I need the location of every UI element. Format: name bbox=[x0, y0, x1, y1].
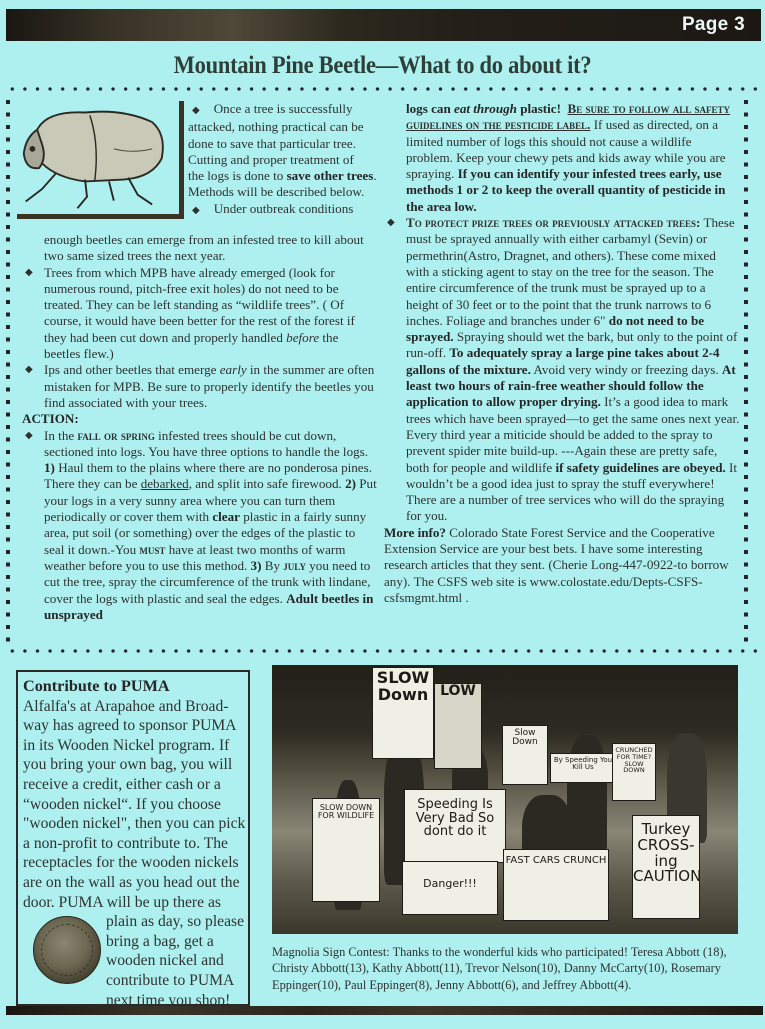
sign-contest-photo: SLOW Down LOW Slow Down By Speeding You … bbox=[272, 665, 738, 934]
bullet-action-options: ◆ In the fall or spring infested trees s… bbox=[22, 428, 378, 624]
intro-paragraph-1: ◆Once a tree is successfully attacked, n… bbox=[188, 101, 378, 201]
photo-caption: Magnolia Sign Contest: Thanks to the won… bbox=[272, 944, 742, 993]
bullet-ips-beetles: ◆ Ips and other beetles that emerge earl… bbox=[22, 362, 378, 411]
sign-slow-down-wildlife: SLOW DOWN FOR WILDLIFE bbox=[312, 798, 380, 902]
article-border-left bbox=[6, 100, 10, 645]
sign-slow-down-2: Slow Down bbox=[502, 725, 548, 785]
puma-box-title: Contribute to PUMA bbox=[23, 677, 248, 697]
sign-turkey-crossing: Turkey CROSS-ing CAUTION bbox=[632, 815, 700, 919]
article-title: Mountain Pine Beetle—What to do about it… bbox=[38, 52, 727, 80]
diamond-bullet-icon: ◆ bbox=[25, 362, 33, 378]
action-heading: ACTION: bbox=[22, 411, 378, 427]
left-column-body: enough beetles can emerge from an infest… bbox=[22, 232, 378, 623]
sign-crunched: CRUNCHED FOR TIME? SLOW DOWN bbox=[612, 743, 656, 801]
contribute-to-puma-box: Contribute to PUMA Alfalfa's at Arapahoe… bbox=[16, 670, 250, 1006]
intro-paragraph-2-rest: enough beetles can emerge from an infest… bbox=[22, 232, 378, 265]
article-border-top bbox=[6, 87, 761, 91]
footer-bar bbox=[6, 1006, 763, 1015]
header-bar: Page 3 bbox=[6, 9, 761, 41]
diamond-bullet-icon: ◆ bbox=[25, 428, 33, 444]
bullet-wildlife-trees: ◆ Trees from which MPB have already emer… bbox=[22, 265, 378, 363]
sign-speeding-bad: Speeding Is Very Bad So dont do it bbox=[404, 789, 506, 863]
article-border-bottom bbox=[6, 649, 761, 653]
wooden-nickel-coin-icon bbox=[33, 916, 101, 984]
right-column-body: logs can eat through plastic! Be sure to… bbox=[384, 101, 740, 606]
beetle-icon bbox=[17, 101, 179, 214]
puma-box-body: Alfalfa's at Arapahoe and Broad-way has … bbox=[23, 697, 249, 913]
article-border-right bbox=[744, 100, 748, 645]
continuation-paragraph: logs can eat through plastic! Be sure to… bbox=[384, 101, 740, 215]
diamond-bullet-icon: ◆ bbox=[192, 205, 200, 216]
beetle-illustration bbox=[17, 101, 184, 219]
diamond-bullet-icon: ◆ bbox=[387, 215, 395, 231]
left-column-intro: ◆Once a tree is successfully attacked, n… bbox=[188, 101, 378, 219]
sign-danger: Danger!!! bbox=[402, 861, 498, 915]
bullet-protect-prize-trees: ◆ To protect prize trees or previously a… bbox=[384, 215, 740, 525]
sign-slow-down-bike: SLOW Down bbox=[372, 667, 434, 759]
sign-speeding-kill: By Speeding You Kill Us bbox=[550, 753, 616, 783]
intro-paragraph-2-start: ◆Under outbreak conditions bbox=[188, 201, 378, 219]
sign-fast-cars-crunch: FAST CARS CRUNCH bbox=[503, 849, 609, 921]
emphasis-save-other-trees: save other trees bbox=[287, 168, 374, 183]
more-info-paragraph: More info? Colorado State Forest Service… bbox=[384, 525, 740, 606]
diamond-bullet-icon: ◆ bbox=[25, 265, 33, 281]
page-number: Page 3 bbox=[682, 14, 745, 36]
sign-low: LOW bbox=[434, 683, 482, 769]
more-info-label: More info? bbox=[384, 525, 446, 540]
diamond-bullet-icon: ◆ bbox=[192, 105, 200, 116]
